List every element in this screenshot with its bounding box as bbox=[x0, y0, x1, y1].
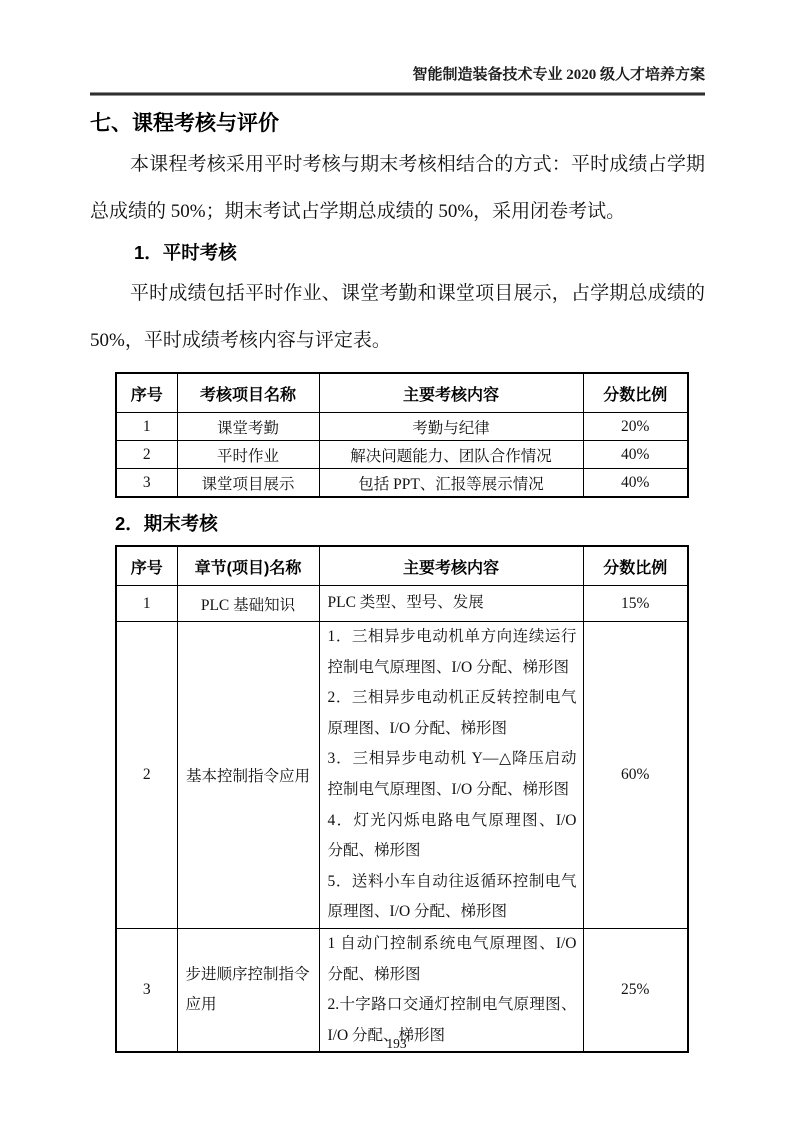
page-number: 193 bbox=[0, 1036, 793, 1052]
content-line: PLC 类型、型号、发展 bbox=[328, 588, 577, 619]
table-header-row: 序号 考核项目名称 主要考核内容 分数比例 bbox=[116, 373, 688, 413]
cell-content: 1．三相异步电动机单方向连续运行控制电气原理图、I/O 分配、梯形图 2．三相异… bbox=[319, 622, 583, 929]
cell-item-name: 课堂项目展示 bbox=[177, 469, 319, 498]
routine-paragraph: 平时成绩包括平时作业、课堂考勤和课堂项目展示，占学期总成绩的 50%，平时成绩考… bbox=[90, 270, 705, 364]
cell-seq: 1 bbox=[116, 586, 177, 622]
cell-chapter-name: 基本控制指令应用 bbox=[177, 622, 319, 929]
header-cell-seq: 序号 bbox=[116, 373, 177, 413]
cell-ratio: 15% bbox=[583, 586, 688, 622]
table-row: 2 平时作业 解决问题能力、团队合作情况 40% bbox=[116, 441, 688, 469]
cell-ratio: 25% bbox=[583, 928, 688, 1052]
cell-ratio: 20% bbox=[583, 413, 688, 441]
subsection-heading-final: 2．期末考核 bbox=[115, 510, 705, 537]
cell-content: 考勤与纪律 bbox=[319, 413, 583, 441]
content-line: 2．三相异步电动机正反转控制电气原理图、I/O 分配、梯形图 bbox=[328, 683, 577, 744]
table-row: 3 课堂项目展示 包括 PPT、汇报等展示情况 40% bbox=[116, 469, 688, 498]
table-row: 1 PLC 基础知识 PLC 类型、型号、发展 15% bbox=[116, 586, 688, 622]
header-cell-chapter-name: 章节(项目)名称 bbox=[177, 546, 319, 586]
cell-item-name: 课堂考勤 bbox=[177, 413, 319, 441]
cell-chapter-name: PLC 基础知识 bbox=[177, 586, 319, 622]
cell-ratio: 60% bbox=[583, 622, 688, 929]
header-cell-content: 主要考核内容 bbox=[319, 373, 583, 413]
content-line: 1．三相异步电动机单方向连续运行控制电气原理图、I/O 分配、梯形图 bbox=[328, 622, 577, 683]
table-row: 2 基本控制指令应用 1．三相异步电动机单方向连续运行控制电气原理图、I/O 分… bbox=[116, 622, 688, 929]
routine-assessment-table: 序号 考核项目名称 主要考核内容 分数比例 1 课堂考勤 考勤与纪律 20% 2… bbox=[115, 372, 689, 498]
final-assessment-table: 序号 章节(项目)名称 主要考核内容 分数比例 1 PLC 基础知识 PLC 类… bbox=[115, 545, 689, 1053]
cell-seq: 3 bbox=[116, 469, 177, 498]
header-cell-item-name: 考核项目名称 bbox=[177, 373, 319, 413]
cell-content: 1 自动门控制系统电气原理图、I/O 分配、梯形图 2.十字路口交通灯控制电气原… bbox=[319, 928, 583, 1052]
table-row: 1 课堂考勤 考勤与纪律 20% bbox=[116, 413, 688, 441]
section-title: 七、课程考核与评价 bbox=[90, 111, 705, 137]
header-cell-ratio: 分数比例 bbox=[583, 546, 688, 586]
running-header: 智能制造装备技术专业 2020 级人才培养方案 bbox=[90, 66, 705, 84]
header-cell-ratio: 分数比例 bbox=[583, 373, 688, 413]
document-page: 智能制造装备技术专业 2020 级人才培养方案 七、课程考核与评价 本课程考核采… bbox=[0, 0, 793, 1122]
cell-content: PLC 类型、型号、发展 bbox=[319, 586, 583, 622]
intro-paragraph: 本课程考核采用平时考核与期末考核相结合的方式：平时成绩占学期总成绩的 50%；期… bbox=[90, 141, 705, 235]
header-cell-seq: 序号 bbox=[116, 546, 177, 586]
cell-seq: 2 bbox=[116, 441, 177, 469]
cell-chapter-name: 步进顺序控制指令应用 bbox=[177, 928, 319, 1052]
table-row: 3 步进顺序控制指令应用 1 自动门控制系统电气原理图、I/O 分配、梯形图 2… bbox=[116, 928, 688, 1052]
cell-seq: 3 bbox=[116, 928, 177, 1052]
table-header-row: 序号 章节(项目)名称 主要考核内容 分数比例 bbox=[116, 546, 688, 586]
content-line: 5．送料小车自动往返循环控制电气原理图、I/O 分配、梯形图 bbox=[328, 867, 577, 928]
content-line: 1 自动门控制系统电气原理图、I/O 分配、梯形图 bbox=[328, 929, 577, 990]
cell-seq: 1 bbox=[116, 413, 177, 441]
cell-seq: 2 bbox=[116, 622, 177, 929]
header-cell-content: 主要考核内容 bbox=[319, 546, 583, 586]
page-content: 智能制造装备技术专业 2020 级人才培养方案 七、课程考核与评价 本课程考核采… bbox=[0, 0, 793, 1053]
content-line: 3．三相异步电动机 Y—△降压启动控制电气原理图、I/O 分配、梯形图 bbox=[328, 744, 577, 805]
cell-content: 解决问题能力、团队合作情况 bbox=[319, 441, 583, 469]
cell-item-name: 平时作业 bbox=[177, 441, 319, 469]
header-rule bbox=[90, 92, 705, 96]
cell-ratio: 40% bbox=[583, 441, 688, 469]
cell-content: 包括 PPT、汇报等展示情况 bbox=[319, 469, 583, 498]
cell-ratio: 40% bbox=[583, 469, 688, 498]
content-line: 4．灯光闪烁电路电气原理图、I/O 分配、梯形图 bbox=[328, 806, 577, 867]
subsection-heading-routine: 1．平时考核 bbox=[134, 239, 705, 266]
